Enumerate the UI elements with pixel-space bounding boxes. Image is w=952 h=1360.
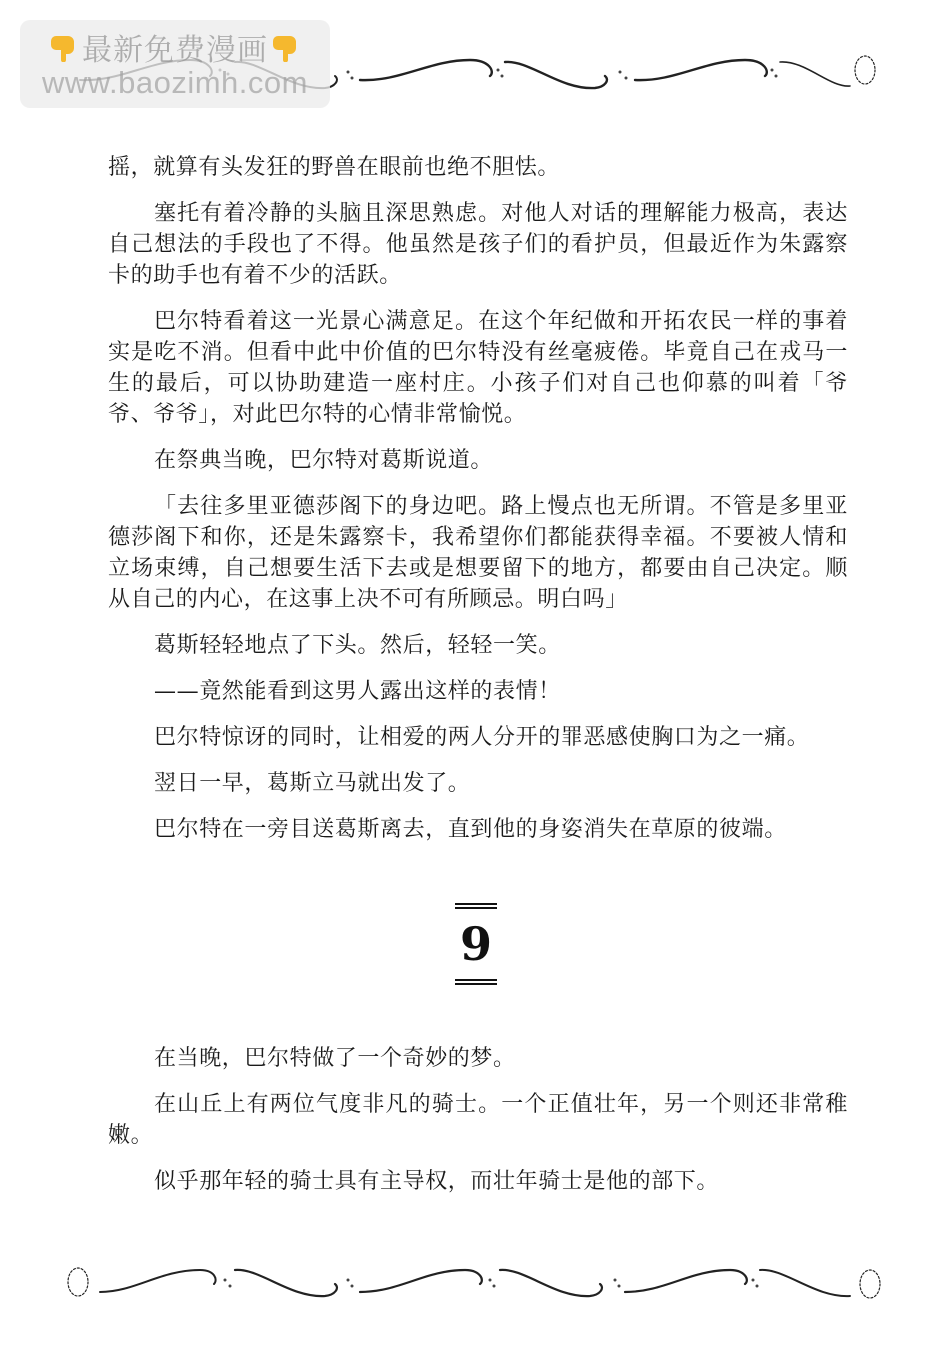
body-section-1: 摇，就算有头发狂的野兽在眼前也绝不胆怯。 塞托有着冷静的头脑且深思熟虑。对他人对…: [108, 152, 848, 860]
paragraph: 摇，就算有头发狂的野兽在眼前也绝不胆怯。: [108, 152, 848, 183]
paragraph: 巴尔特在一旁目送葛斯离去，直到他的身姿消失在草原的彼端。: [108, 814, 848, 845]
paragraph: 似乎那年轻的骑士具有主导权，而壮年骑士是他的部下。: [108, 1166, 848, 1197]
paragraph: 「去往多里亚德莎阁下的身边吧。路上慢点也无所谓。不管是多里亚德莎阁下和你，还是朱…: [108, 491, 848, 615]
chapter-marker: 9: [455, 903, 497, 989]
watermark-url: www.baozimh.com: [42, 65, 308, 101]
paragraph: ——竟然能看到这男人露出这样的表情！: [108, 676, 848, 707]
paragraph: 翌日一早，葛斯立马就出发了。: [108, 768, 848, 799]
paragraph: 巴尔特看着这一光景心满意足。在这个年纪做和开拓农民一样的事着实是吃不消。但看中此…: [108, 306, 848, 430]
watermark-title: 最新免费漫画: [82, 25, 268, 69]
chapter-number: 9: [460, 909, 492, 979]
paragraph: 在山丘上有两位气度非凡的骑士。一个正值壮年，另一个则还非常稚嫩。: [108, 1089, 848, 1151]
paragraph: 葛斯轻轻地点了下头。然后，轻轻一笑。: [108, 630, 848, 661]
pointing-down-hand-icon: [50, 32, 78, 62]
ornamental-divider-bottom: [60, 1258, 890, 1308]
paragraph: 巴尔特惊讶的同时，让相爱的两人分开的罪恶感使胸口为之一痛。: [108, 722, 848, 753]
double-rule-bottom: [455, 979, 497, 985]
book-page: 最新免费漫画 www.baozimh.com 摇，就算有头发狂的野兽在眼前也绝不…: [0, 0, 952, 1360]
pointing-down-hand-icon: [272, 32, 300, 62]
paragraph: 塞托有着冷静的头脑且深思熟虑。对他人对话的理解能力极高，表达自己想法的手段也了不…: [108, 198, 848, 291]
watermark-banner: 最新免费漫画 www.baozimh.com: [20, 20, 330, 108]
body-section-2: 在当晚，巴尔特做了一个奇妙的梦。 在山丘上有两位气度非凡的骑士。一个正值壮年，另…: [108, 1043, 848, 1212]
paragraph: 在祭典当晚，巴尔特对葛斯说道。: [108, 445, 848, 476]
paragraph: 在当晚，巴尔特做了一个奇妙的梦。: [108, 1043, 848, 1074]
